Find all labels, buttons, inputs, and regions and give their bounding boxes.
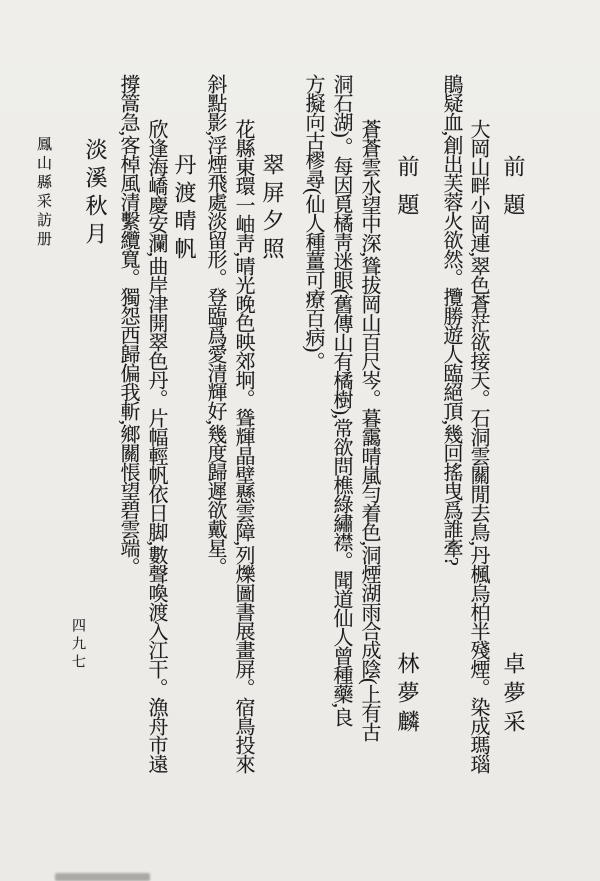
poem-author: 卓夢采	[498, 652, 529, 739]
poem-title: 淡溪秋月	[80, 138, 111, 250]
poem-author: 林夢麟	[392, 652, 423, 739]
poem-column: 大岡山畔小岡連,翠色蒼茫欲接天。石洞雲關閒去鳥,丹楓烏柏半殘煙。染成瑪瑙	[464, 119, 493, 773]
poem-column: 斜點影,浮煙飛處淡留形。登臨爲愛清輝好,幾度歸遲欲戴星。	[201, 74, 230, 576]
poem-column: 鵑疑血,創出芙蓉火欲然。攬勝遊人臨絕頂,幾回搖曳爲誰牽?	[437, 74, 466, 565]
poem-column: 蒼蒼雲水望中深,聳拔岡山百尺岑。暮靄晴嵐勻着色,洞煙湖雨合成陰(上有古	[355, 119, 384, 741]
poem-column: 花縣東環一岫靑,晴光晚色映郊坰。聳輝晶壁懸雲障,列爍圖書展畫屏。宿鳥投來	[229, 119, 258, 773]
poem-column: 方擬向古樛尋(仙人種薑可療百病)。	[299, 74, 328, 370]
page-number: 四九七	[67, 618, 87, 672]
poem-title: 丹渡晴帆	[169, 153, 200, 265]
poem-title: 前題	[392, 155, 423, 231]
scan-artifact	[55, 873, 150, 881]
poem-column: 洞石湖)。每因覓橘靑迷眼(舊傳山有橘樹),常欲問樵綠繡襟。聞道仙人曾種藥,良	[327, 74, 356, 726]
spine-title: 鳳山縣采訪册	[33, 136, 54, 250]
poem-title: 前題	[498, 155, 529, 231]
poem-column: 欣逢海嶠慶安瀾,曲岸津開翠色丹。片幅輕帆依日脚,數聲喚渡入江干。漁舟市遠	[142, 119, 171, 773]
poem-title: 翠屏夕照	[257, 153, 288, 265]
poem-column: 撐篙急,客棹風清繫纜寬。獨怨西歸偏我斬,鄉關悵望碧雲端。	[114, 74, 143, 576]
